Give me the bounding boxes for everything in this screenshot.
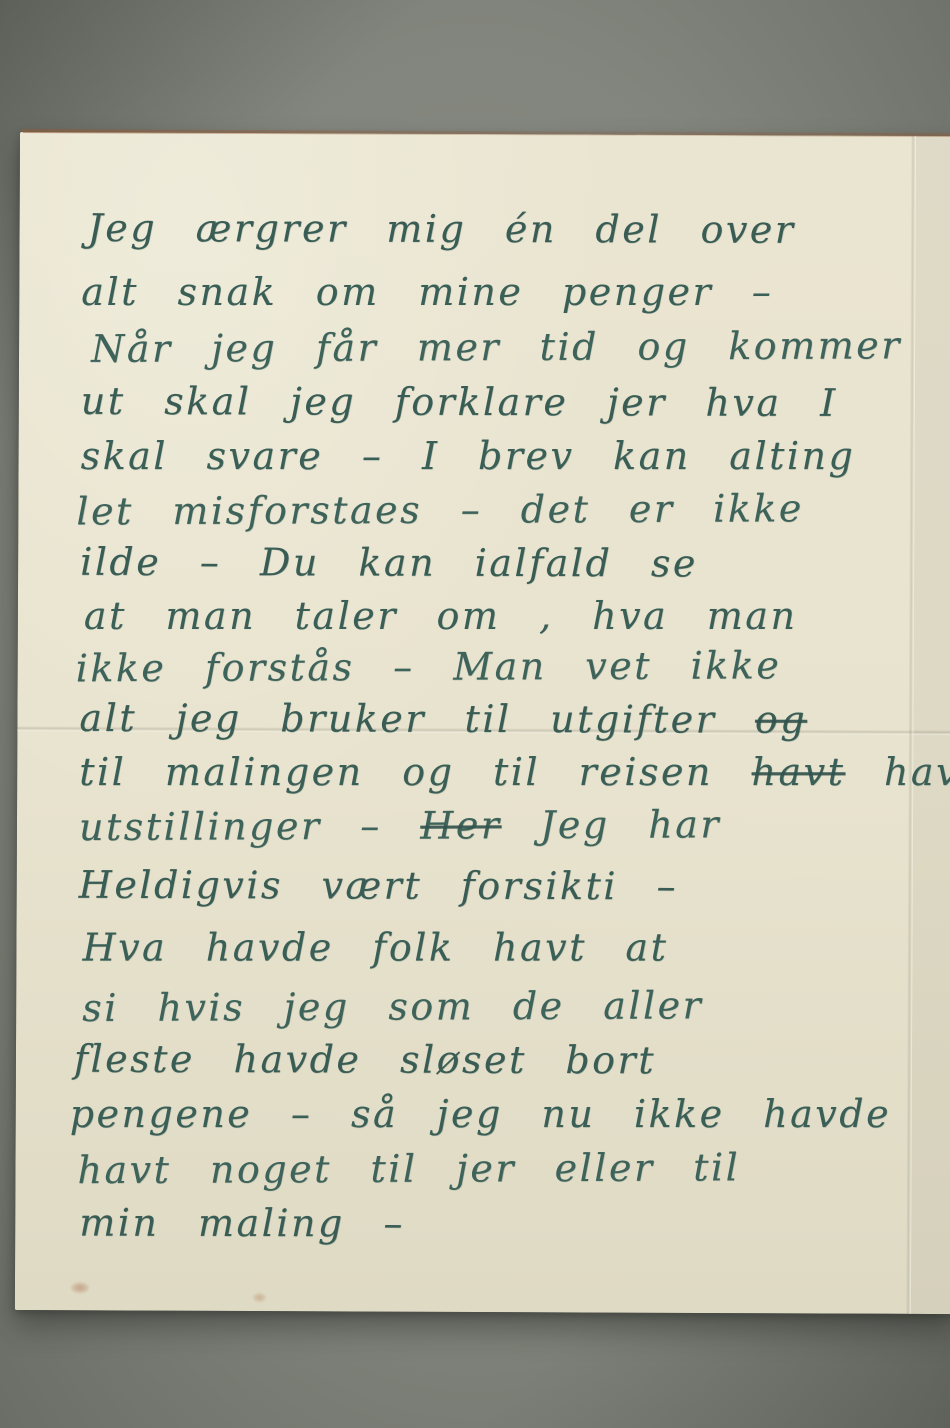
handwriting-line: Hva havde folk havt at <box>82 926 668 970</box>
handwriting-line: alt jeg bruker til utgifter og <box>79 696 807 742</box>
handwriting-line: utstillinger – Her Jeg har <box>79 802 721 849</box>
handwriting-line: fleste havde sløset bort <box>74 1037 656 1083</box>
handwriting-line: ilde – Du kan ialfald se <box>80 540 698 586</box>
handwriting-line: si hvis jeg som de aller <box>82 983 703 1030</box>
handwriting-line: min maling – <box>79 1201 405 1246</box>
handwriting-line: Heldigvis vært forsikti – <box>79 863 678 909</box>
handwriting-line: havt noget til jer eller til <box>77 1145 740 1192</box>
handwriting-line: ikke forstås – Man vet ikke <box>76 643 782 690</box>
handwriting-line: at man taler om , hva man <box>84 594 798 638</box>
handwritten-text: Jeg ærgrer mig én del over alt snak om m… <box>15 132 950 1314</box>
handwriting-line: Når jeg får mer tid og kommer <box>91 323 902 371</box>
handwriting-line: skal svare – I brev kan alting <box>81 434 856 478</box>
handwriting-line: pengene – så jeg nu ikke havde <box>70 1092 891 1136</box>
handwriting-segment: utstillinger – <box>79 804 420 849</box>
struck-word: og <box>755 698 807 742</box>
handwriting-line: alt snak om mine penger – <box>81 270 773 314</box>
handwriting-line: ut skal jeg forklare jer hva I <box>81 379 838 425</box>
handwriting-segment: Jeg har <box>501 802 721 847</box>
handwriting-line: let misforstaes – det er ikke <box>76 486 804 533</box>
struck-word: Her <box>420 803 501 847</box>
handwriting-segment: alt jeg bruker til utgifter <box>79 696 755 742</box>
handwriting-line: til malingen og til reisen havt havt <box>79 750 950 794</box>
handwriting-line: Jeg ærgrer mig én del over <box>88 206 796 252</box>
handwriting-segment: havt <box>845 750 950 794</box>
letter-paper: Jeg ærgrer mig én del over alt snak om m… <box>15 132 950 1314</box>
letter-photograph-background: Jeg ærgrer mig én del over alt snak om m… <box>0 0 950 1428</box>
handwriting-segment: til malingen og til reisen <box>79 750 751 794</box>
struck-word: havt <box>751 750 845 794</box>
